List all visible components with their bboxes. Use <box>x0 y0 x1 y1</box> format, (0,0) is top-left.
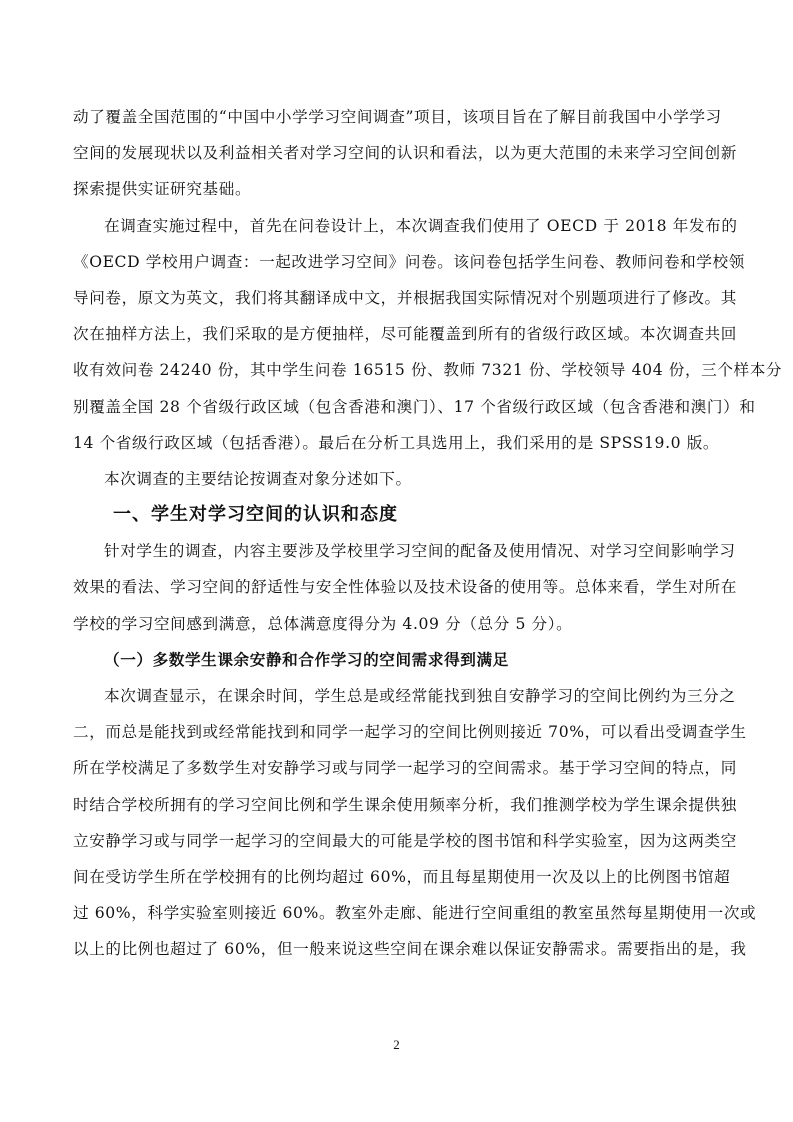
paragraph-intro-continued: 动了覆盖全国范围的“中国中小学学习空间调查”项目，该项目旨在了解目前我国中小学学… <box>73 99 718 208</box>
text-line: 《OECD 学校用户调查：一起改进学习空间》问卷。该问卷包括学生问卷、教师问卷和… <box>73 244 718 280</box>
text-line: 别覆盖全国 28 个省级行政区域（包含香港和澳门）、17 个省级行政区域（包含香… <box>73 389 718 425</box>
text-line: 二，而总是能找到或经常能找到和同学一起学习的空间比例则接近 70%，可以看出受调… <box>73 714 718 750</box>
text-line: 针对学生的调查，内容主要涉及学校里学习空间的配备及使用情况、对学习空间影响学习 <box>73 533 718 569</box>
text-line: 空间的发展现状以及利益相关者对学习空间的认识和看法，以为更大范围的未来学习空间创… <box>73 135 718 171</box>
text-line: 过 60%，科学实验室则接近 60%。教室外走廊、能进行空间重组的教室虽然每星期… <box>73 895 718 931</box>
paragraph-summary-intro: 本次调查的主要结论按调查对象分述如下。 <box>73 461 718 497</box>
text-line: 在调查实施过程中，首先在问卷设计上，本次调查我们使用了 OECD 于 2018 … <box>73 208 718 244</box>
text-line: 动了覆盖全国范围的“中国中小学学习空间调查”项目，该项目旨在了解目前我国中小学学… <box>73 99 718 135</box>
document-page: 动了覆盖全国范围的“中国中小学学习空间调查”项目，该项目旨在了解目前我国中小学学… <box>73 99 718 968</box>
paragraph-survey-method: 在调查实施过程中，首先在问卷设计上，本次调查我们使用了 OECD 于 2018 … <box>73 208 718 461</box>
text-line: 14 个省级行政区域（包括香港）。最后在分析工具选用上，我们采用的是 SPSS1… <box>73 425 718 461</box>
text-line: 所在学校满足了多数学生对安静学习或与同学一起学习的空间需求。基于学习空间的特点，… <box>73 750 718 786</box>
text-line: 探索提供实证研究基础。 <box>73 171 718 207</box>
paragraph-space-needs: 本次调查显示，在课余时间，学生总是或经常能找到独自安静学习的空间比例约为三分之 … <box>73 678 718 968</box>
text-line: 效果的看法、学习空间的舒适性与安全性体验以及技术设备的使用等。总体来看，学生对所… <box>73 569 718 605</box>
text-line: 时结合学校所拥有的学习空间比例和学生课余使用频率分析，我们推测学校为学生课余提供… <box>73 787 718 823</box>
text-line: 导问卷，原文为英文，我们将其翻译成中文，并根据我国实际情况对个别题项进行了修改。… <box>73 280 718 316</box>
text-line: 以上的比例也超过了 60%，但一般来说这些空间在课余难以保证安静需求。需要指出的… <box>73 931 718 967</box>
text-line: 本次调查的主要结论按调查对象分述如下。 <box>73 461 718 497</box>
text-line: 学校的学习空间感到满意，总体满意度得分为 4.09 分（总分 5 分）。 <box>73 606 718 642</box>
text-line: 立安静学习或与同学一起学习的空间最大的可能是学校的图书馆和科学实验室，因为这两类… <box>73 823 718 859</box>
page-number: 2 <box>0 1037 793 1053</box>
subsection-heading: （一）多数学生课余安静和合作学习的空间需求得到满足 <box>73 642 718 678</box>
section-heading: 一、学生对学习空间的认识和态度 <box>73 497 718 533</box>
text-line: 本次调查显示，在课余时间，学生总是或经常能找到独自安静学习的空间比例约为三分之 <box>73 678 718 714</box>
text-line: 间在受访学生所在学校拥有的比例均超过 60%，而且每星期使用一次及以上的比例图书… <box>73 859 718 895</box>
text-line: 次在抽样方法上，我们采取的是方便抽样，尽可能覆盖到所有的省级行政区域。本次调查共… <box>73 316 718 352</box>
paragraph-student-survey: 针对学生的调查，内容主要涉及学校里学习空间的配备及使用情况、对学习空间影响学习 … <box>73 533 718 642</box>
text-line: 收有效问卷 24240 份，其中学生问卷 16515 份、教师 7321 份、学… <box>73 352 718 388</box>
